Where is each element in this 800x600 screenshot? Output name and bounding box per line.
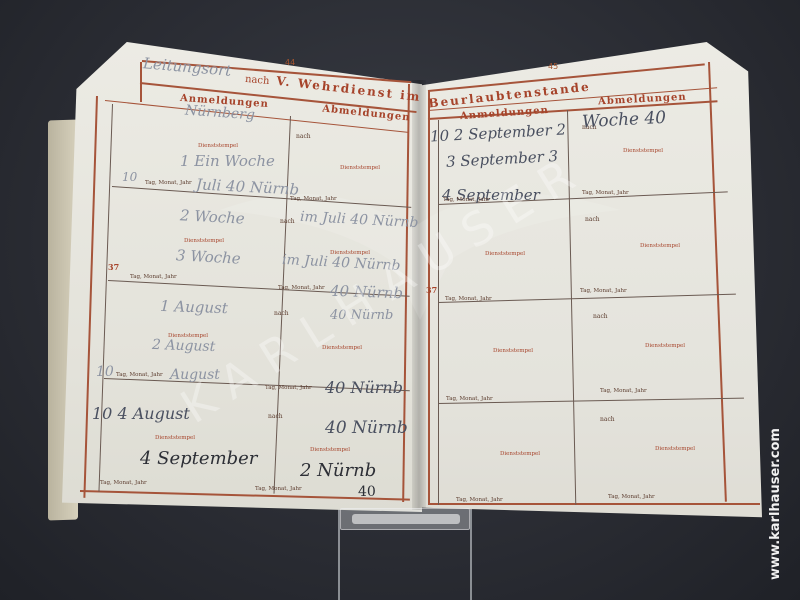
date-label: Tag, Monat, Jahr — [582, 190, 629, 196]
date-label: Tag, Monat, Jahr — [278, 285, 325, 291]
grid-line — [438, 120, 439, 505]
abmeldung-prefix: nach — [280, 218, 295, 225]
frame-line — [430, 503, 760, 505]
margin-note: 37 — [108, 262, 119, 272]
handwritten-entry: 1 Ein Woche — [180, 152, 275, 170]
margin-note: 10 — [122, 170, 137, 184]
stand-rod — [470, 505, 472, 600]
handwritten-entry: 40 Nürnb — [325, 418, 408, 438]
date-label: Tag, Monat, Jahr — [445, 296, 492, 302]
date-label: Tag, Monat, Jahr — [130, 274, 177, 280]
stamp-label: Dienststempel — [310, 447, 350, 453]
title-prefix: nach — [245, 74, 270, 87]
handwritten-entry: 40 Nürnb — [325, 378, 403, 397]
handwritten-entry: 40 — [358, 484, 376, 500]
page-number-right: 45 — [548, 62, 558, 71]
date-label: Tag, Monat, Jahr — [456, 497, 503, 503]
abmeldung-prefix: nach — [600, 416, 615, 423]
stamp-label: Dienststempel — [493, 348, 533, 354]
handwritten-entry: 2 Woche — [180, 206, 246, 227]
stamp-label: Dienststempel — [623, 148, 663, 154]
stamp-label: Dienststempel — [645, 343, 685, 349]
stamp-label: Dienststempel — [640, 243, 680, 249]
stamp-label: Dienststempel — [340, 165, 380, 171]
date-label: Tag, Monat, Jahr — [290, 196, 337, 202]
margin-note: 10 — [96, 364, 114, 380]
date-label: Tag, Monat, Jahr — [100, 480, 147, 486]
handwritten-entry: 3 Woche — [176, 246, 242, 267]
stamp-label: Dienststempel — [198, 143, 238, 149]
abmeldung-prefix: nach — [296, 133, 311, 140]
stamp-label: Dienststempel — [500, 451, 540, 457]
date-label: Tag, Monat, Jahr — [600, 388, 647, 394]
date-label: Tag, Monat, Jahr — [580, 288, 627, 294]
abmeldung-prefix: nach — [593, 313, 608, 320]
stamp-label: Dienststempel — [184, 238, 224, 244]
document-photo: 44 Leitungsort nach V. Wehrdienst im Anm… — [0, 0, 800, 600]
date-label: Tag, Monat, Jahr — [608, 494, 655, 500]
date-label: Tag, Monat, Jahr — [446, 396, 493, 402]
handwritten-entry: 1 August — [160, 297, 228, 317]
handwritten-entry: 4 September — [140, 448, 257, 469]
stamp-label: Dienststempel — [655, 446, 695, 452]
frame-line — [428, 90, 430, 505]
date-label: Tag, Monat, Jahr — [255, 486, 302, 492]
site-watermark: www.karlhauser.com — [768, 428, 783, 580]
display-stand-slot — [352, 514, 460, 524]
handwritten-entry: 2 August — [152, 337, 216, 355]
handwritten-entry: 2 Nürnb — [300, 460, 376, 481]
page-number-left: 44 — [285, 58, 295, 67]
handwritten-entry: 10 4 August — [92, 404, 190, 423]
stamp-label: Dienststempel — [155, 435, 195, 441]
abmeldung-prefix: nach — [585, 216, 600, 223]
date-label: Tag, Monat, Jahr — [145, 180, 192, 186]
date-label: Tag, Monat, Jahr — [116, 372, 163, 378]
abmeldung-prefix: nach — [268, 413, 283, 420]
